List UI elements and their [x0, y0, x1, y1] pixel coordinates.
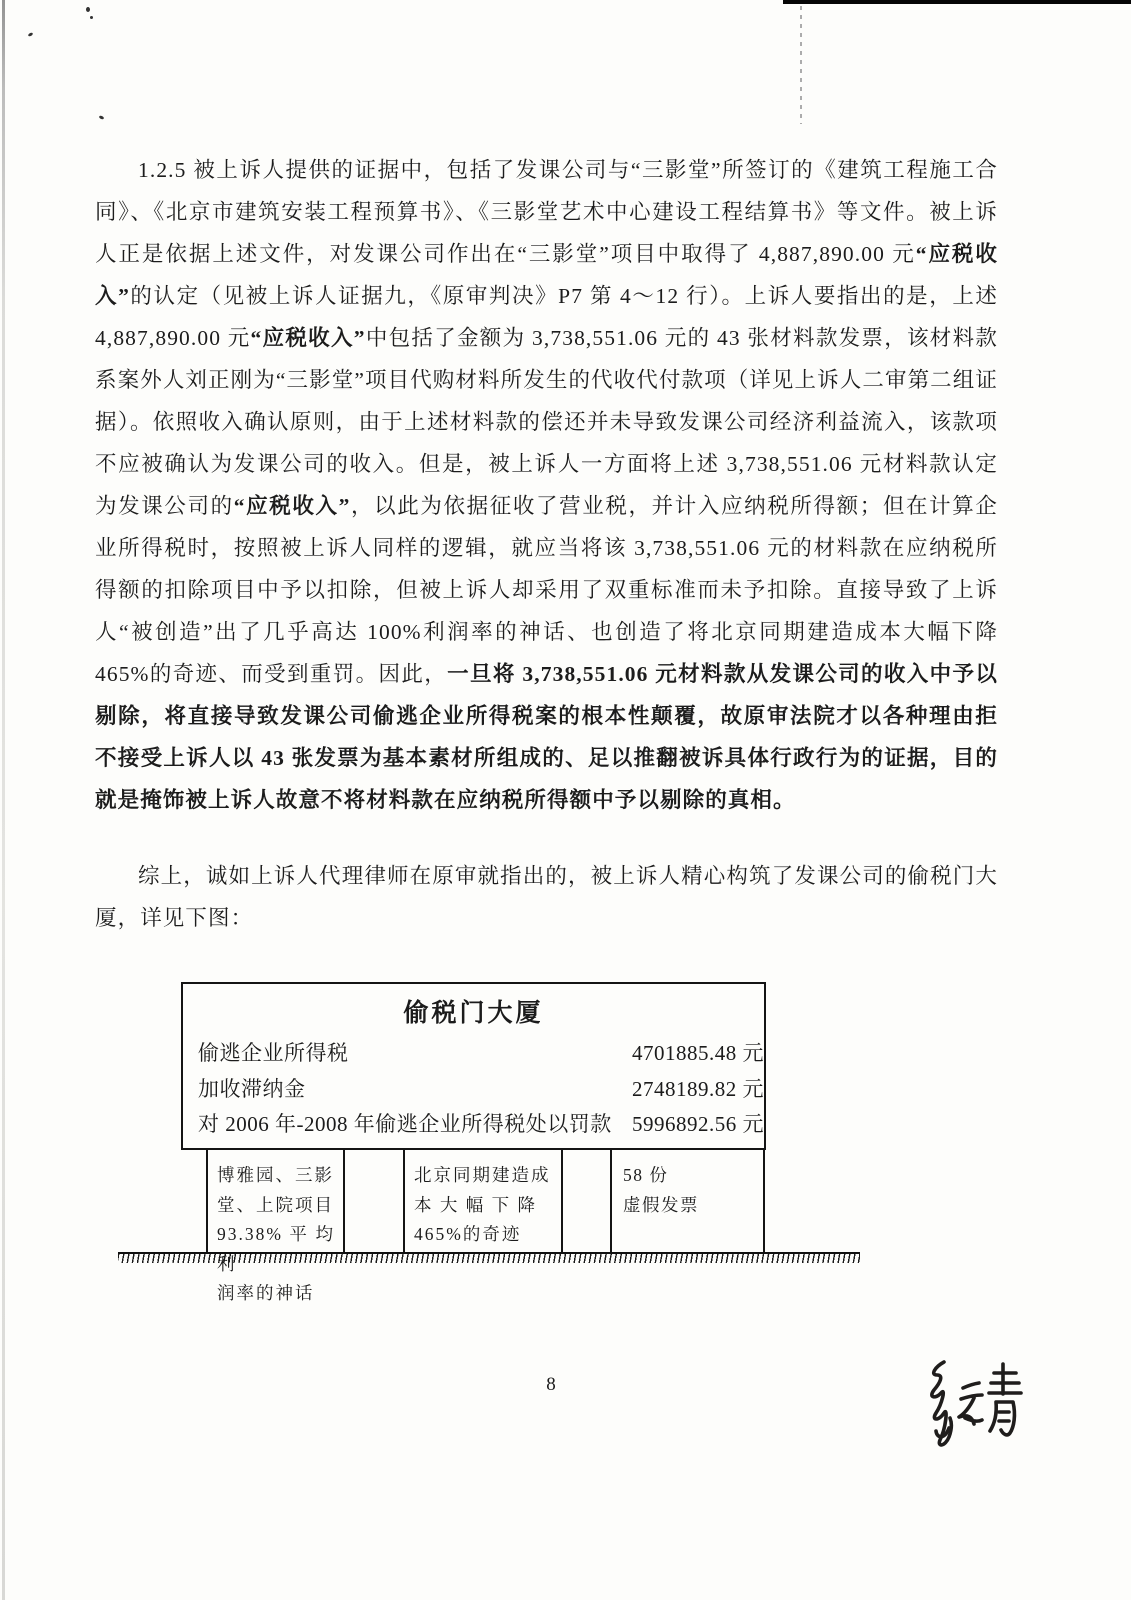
pillar-line — [610, 1150, 612, 1253]
row-amount: 4701885.48 元 — [632, 1036, 764, 1072]
row-label: 加收滞纳金 — [198, 1077, 306, 1101]
building-rows: 偷逃企业所得税 4701885.48 元 加收滞纳金 2748189.82 元 … — [183, 1036, 764, 1143]
text-segment: “应税收入” — [251, 326, 366, 350]
row-amount: 5996892.56 元 — [632, 1107, 764, 1143]
page-number: 8 — [536, 1374, 566, 1396]
table-row: 加收滞纳金 2748189.82 元 — [198, 1072, 764, 1108]
text-segment: “应税收入” — [234, 494, 351, 518]
scan-left-edge-shadow — [2, 0, 5, 1600]
ground-hatch-line — [118, 1252, 860, 1263]
scan-artifact-top-bar — [783, 0, 1131, 4]
paragraph-summary: 综上，诚如上诉人代理律师在原审就指出的，被上诉人精心构筑了发课公司的偷税门大厦，… — [95, 855, 998, 939]
pillar-line — [403, 1150, 405, 1253]
building-title: 偷税门大厦 — [183, 993, 764, 1029]
pillar-line — [561, 1150, 563, 1253]
scan-speck — [90, 16, 93, 19]
pillar-fake-invoices: 58 份 虚假发票 — [623, 1161, 753, 1220]
row-label: 对 2006 年-2008 年偷逃企业所得税处以罚款 — [198, 1112, 612, 1136]
text-segment: 1.2.5 被上诉人提供的证据中，包括了发课公司与“三影堂”所签订的《建筑工程施… — [95, 158, 998, 266]
pillar-cost-miracle: 北京同期建造成 本 大 幅 下 降 465%的奇迹 — [414, 1161, 552, 1250]
text-segment: 中包括了金额为 3,738,551.06 元的 43 张材料款发票，该材料款系案… — [95, 326, 998, 518]
scanned-document-page: { "page": { "number": "8" }, "paragraph1… — [0, 0, 1131, 1600]
scan-speck — [86, 7, 90, 12]
paragraph-evidence-argument: 1.2.5 被上诉人提供的证据中，包括了发课公司与“三影堂”所签订的《建筑工程施… — [95, 149, 998, 821]
text-segment: ，以此为依据征收了营业税，并计入应纳税所得额；但在计算企业所得税时，按照被上诉人… — [95, 494, 998, 686]
scan-speck — [99, 115, 105, 120]
pillar-line — [763, 1150, 765, 1253]
pillar-line — [206, 1150, 208, 1253]
row-amount: 2748189.82 元 — [632, 1072, 764, 1108]
table-row: 对 2006 年-2008 年偷逃企业所得税处以罚款 5996892.56 元 — [198, 1107, 764, 1143]
scan-speck — [28, 32, 34, 37]
scan-artifact-dotted-line — [800, 6, 802, 124]
table-row: 偷逃企业所得税 4701885.48 元 — [198, 1036, 764, 1072]
tax-evasion-building-box: 偷税门大厦 偷逃企业所得税 4701885.48 元 加收滞纳金 2748189… — [181, 982, 766, 1150]
pillar-profit-myth: 博雅园、三影 堂、上院项目 93.38% 平 均 利 润率的神话 — [217, 1161, 335, 1309]
row-label: 偷逃企业所得税 — [198, 1041, 349, 1065]
pillar-line — [343, 1150, 345, 1253]
handwritten-signature — [918, 1352, 1030, 1450]
